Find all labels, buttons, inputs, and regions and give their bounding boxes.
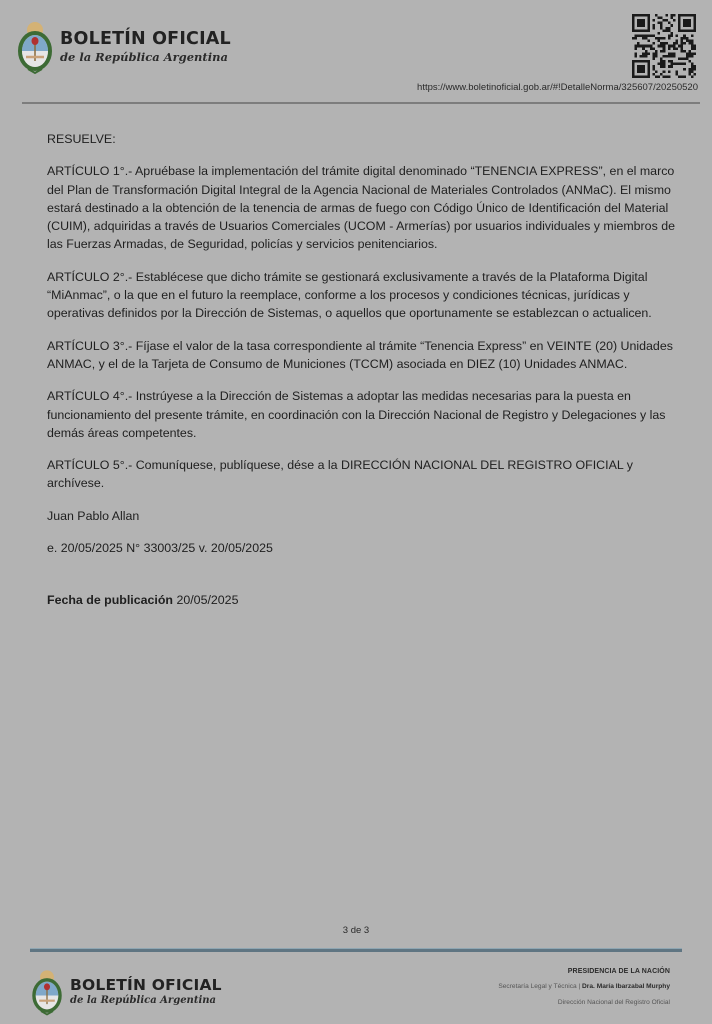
article-4: ARTÍCULO 4°.- Instrúyese a la Dirección … [47, 387, 687, 442]
presidency-label: PRESIDENCIA DE LA NACIÓN [498, 968, 670, 975]
director-name: Dra. María Ibarzabal Murphy [582, 983, 670, 990]
footer-credits: PRESIDENCIA DE LA NACIÓN Secretaría Lega… [498, 968, 670, 1006]
document-url[interactable]: https://www.boletinoficial.gob.ar/#!Deta… [417, 82, 698, 93]
publication-label: Fecha de publicación [47, 593, 173, 607]
resolve-heading: RESUELVE: [47, 130, 687, 148]
footer-divider [30, 948, 682, 952]
direction-label: Dirección Nacional del Registro Oficial [498, 1000, 670, 1007]
page-indicator: 3 de 3 [0, 925, 712, 936]
publication-date: 20/05/2025 [176, 593, 238, 607]
secretariat-line: Secretaría Legal y Técnica | Dra. María … [498, 984, 670, 991]
header-divider [22, 102, 700, 104]
document-header: BOLETÍN OFICIAL de la República Argentin… [0, 0, 712, 105]
brand-title: BOLETÍN OFICIAL [60, 31, 231, 49]
boletin-oficial-logo[interactable]: BOLETÍN OFICIAL de la República Argentin… [16, 17, 231, 77]
edition-reference: e. 20/05/2025 N° 33003/25 v. 20/05/2025 [47, 539, 687, 557]
article-5: ARTÍCULO 5°.- Comuníquese, publíquese, d… [47, 456, 687, 493]
footer-boletin-oficial-logo[interactable]: BOLETÍN OFICIAL de la República Argentin… [30, 966, 222, 1018]
article-1: ARTÍCULO 1°.- Apruébase la implementació… [47, 162, 687, 253]
brand-subtitle: de la República Argentina [60, 52, 231, 64]
footer-brand-title: BOLETÍN OFICIAL [70, 978, 222, 994]
document-body: RESUELVE: ARTÍCULO 1°.- Apruébase la imp… [47, 130, 687, 624]
secretariat-label: Secretaría Legal y Técnica | [498, 983, 580, 990]
article-2: ARTÍCULO 2°.- Establécese que dicho trám… [47, 268, 687, 323]
article-3: ARTÍCULO 3°.- Fíjase el valor de la tasa… [47, 337, 687, 374]
qr-code-icon[interactable] [632, 14, 696, 78]
footer-brand-subtitle: de la República Argentina [70, 996, 222, 1006]
publication-date-line: Fecha de publicación 20/05/2025 [47, 591, 687, 609]
argentina-coat-of-arms-icon [30, 966, 64, 1018]
argentina-coat-of-arms-icon [16, 17, 54, 77]
signatory: Juan Pablo Allan [47, 507, 687, 525]
